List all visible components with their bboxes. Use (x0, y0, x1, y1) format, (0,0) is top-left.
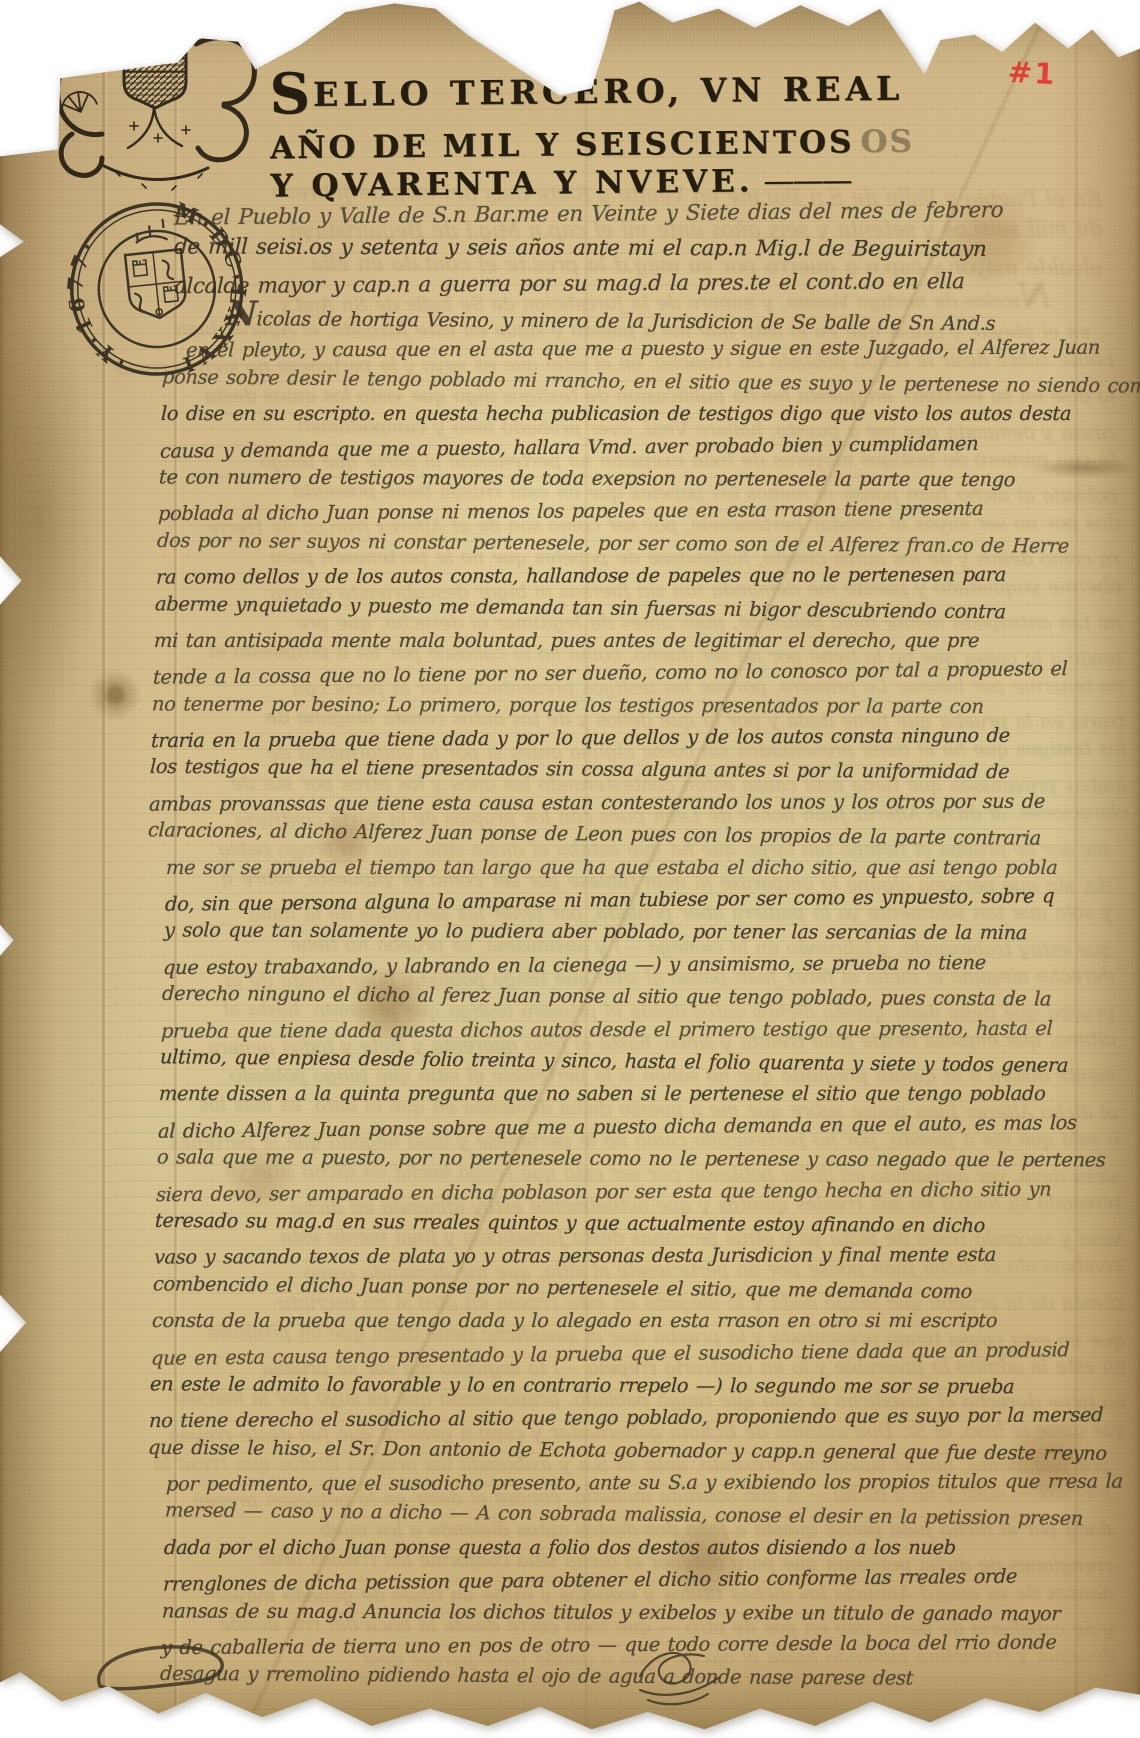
parchment-surface: En el Pueblo y Valle de S.n Bar.me en Ve… (0, 0, 1140, 1738)
scanned-page: En el Pueblo y Valle de S.n Bar.me en Ve… (0, 0, 1140, 1738)
torn-edge-shading (0, 0, 1140, 1738)
parchment-sheet: En el Pueblo y Valle de S.n Bar.me en Ve… (0, 0, 1140, 1738)
